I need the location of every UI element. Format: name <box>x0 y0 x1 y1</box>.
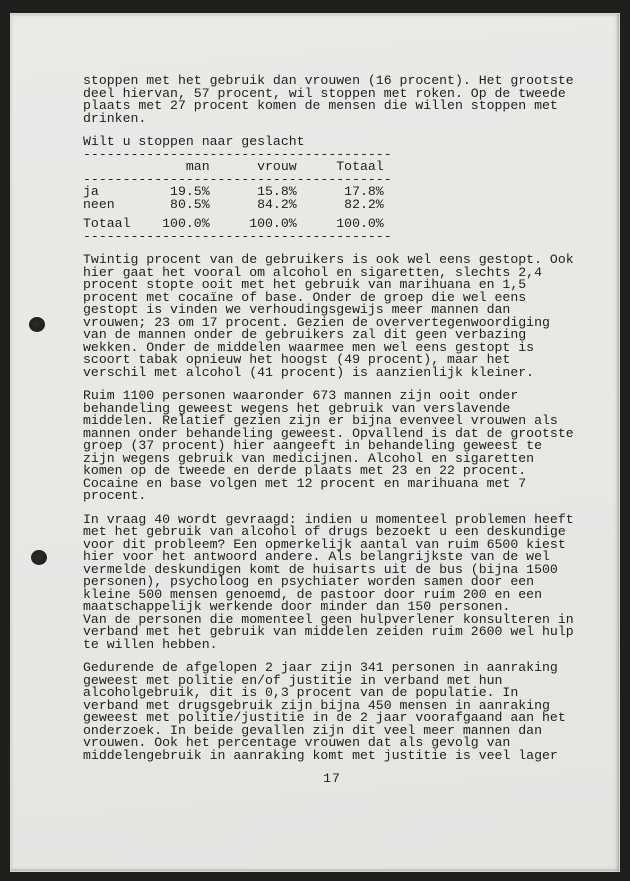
paragraph-gestopt: Twintig procent van de gebruikers is ook… <box>83 254 581 379</box>
document-page: stoppen met het gebruik dan vrouwen (16 … <box>10 13 620 872</box>
paragraph-vraag40: In vraag 40 wordt gevraagd: indien u mom… <box>83 514 581 652</box>
page-number: 17 <box>83 773 581 786</box>
stoppen-geslacht-table: Wilt u stoppen naar geslacht -----------… <box>83 136 581 243</box>
paragraph-justitie: Gedurende de afgelopen 2 jaar zijn 341 p… <box>83 662 581 762</box>
paragraph-stoppen: stoppen met het gebruik dan vrouwen (16 … <box>83 75 581 125</box>
scan-background: { "page": { "number": "17" }, "paragraph… <box>0 0 630 881</box>
table-divider-bottom: --------------------------------------- <box>83 231 581 244</box>
table-row-neen: neen 80.5% 84.2% 82.2% <box>83 199 581 212</box>
hole-punch-bottom-icon <box>31 550 47 565</box>
page-content: stoppen met het gebruik dan vrouwen (16 … <box>11 14 619 786</box>
hole-punch-top-icon <box>29 317 45 332</box>
paragraph-behandeling: Ruim 1100 personen waaronder 673 mannen … <box>83 390 581 503</box>
